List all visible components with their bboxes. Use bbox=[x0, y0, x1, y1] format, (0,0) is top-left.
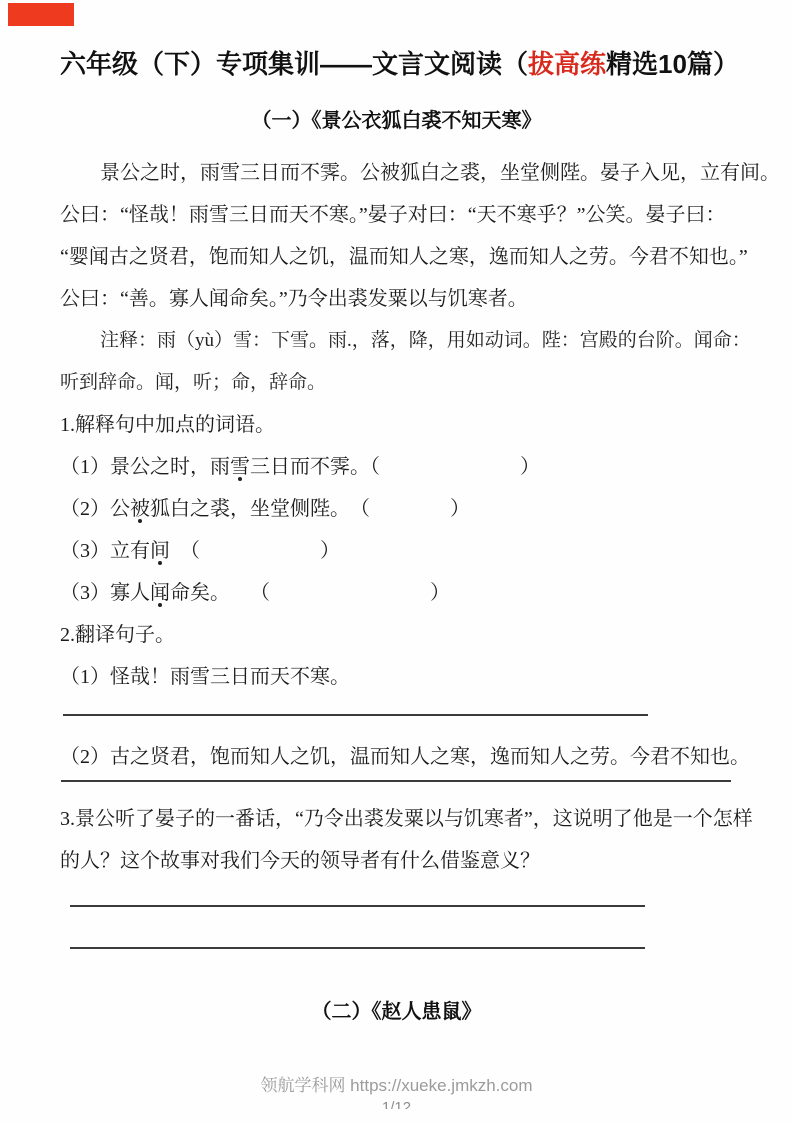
question-1: 1.解释句中加点的词语。 （1）景公之时，雨雪三日而不霁。（ ） （2）公被狐白… bbox=[60, 404, 733, 614]
item-text: 狐白之裘，坐堂侧陛。 （ ） bbox=[150, 498, 470, 520]
item-text: （1）景公之时，雨 bbox=[60, 456, 230, 478]
notes-line: 注释：雨（yù）雪：下雪。雨.，落，降，用如动词。陛：宫殿的台阶。闻命： bbox=[60, 320, 733, 362]
emphasis-dot-char: 被 bbox=[130, 498, 150, 520]
title-highlight: 拔高练 bbox=[528, 49, 606, 79]
question-2: 2.翻译句子。 （1）怪哉！雨雪三日而天不寒。 （2）古之贤君，饱而知人之饥，温… bbox=[60, 614, 733, 782]
doc-title-pre: 六年级（下）专项集训——文言文阅读（ bbox=[60, 49, 528, 79]
notes-line: 听到辞命。闻，听；命，辞命。 bbox=[60, 362, 733, 404]
item-text: （2）公 bbox=[60, 498, 130, 520]
question-3: 3.景公听了晏子的一番话，“乃令出裘发粟以与饥寒者”，这说明了他是一个怎样 的人… bbox=[60, 798, 733, 949]
answer-blank-line bbox=[70, 905, 645, 907]
document-page: 六年级（下）专项集训——文言文阅读（拔高练精选10篇） （一）《景公衣狐白裘不知… bbox=[0, 0, 793, 1122]
answer-blank-line bbox=[70, 947, 645, 949]
doc-title-post: 精选10篇） bbox=[606, 49, 739, 79]
question-1-item: （3）立有间 （ ） bbox=[60, 530, 733, 572]
passage-notes: 注释：雨（yù）雪：下雪。雨.，落，降，用如动词。陛：宫殿的台阶。闻命： 听到辞… bbox=[60, 320, 733, 404]
section-1-heading: （一）《景公衣狐白裘不知天寒》 bbox=[60, 106, 733, 136]
corner-red-block bbox=[8, 3, 74, 26]
item-text: （3）立有 bbox=[60, 540, 150, 562]
passage-line: 景公之时，雨雪三日而不霁。公被狐白之裘，坐堂侧陛。晏子入见，立有间。 bbox=[60, 152, 733, 194]
question-3-line-1: 3.景公听了晏子的一番话，“乃令出裘发粟以与饥寒者”，这说明了他是一个怎样 bbox=[60, 798, 733, 840]
page-content: 六年级（下）专项集训——文言文阅读（拔高练精选10篇） （一）《景公衣狐白裘不知… bbox=[0, 46, 793, 1109]
passage: 景公之时，雨雪三日而不霁。公被狐白之裘，坐堂侧陛。晏子入见，立有间。 公曰：“怪… bbox=[60, 152, 733, 320]
emphasis-dot-char: 闻 bbox=[150, 582, 170, 604]
item-text: （ ） bbox=[170, 540, 340, 562]
question-3-line-2: 的人？这个故事对我们今天的领导者有什么借鉴意义？ bbox=[60, 840, 733, 882]
passage-line: “婴闻古之贤君，饱而知人之饥，温而知人之寒，逸而知人之劳。今君不知也。” bbox=[60, 236, 733, 278]
question-1-label: 1.解释句中加点的词语。 bbox=[60, 404, 733, 446]
answer-blank-line bbox=[63, 714, 648, 716]
question-1-item: （2）公被狐白之裘，坐堂侧陛。 （ ） bbox=[60, 488, 733, 530]
question-1-item: （3）寡人闻命矣。 （ ） bbox=[60, 572, 733, 614]
question-2-label: 2.翻译句子。 bbox=[60, 614, 733, 656]
doc-title: 六年级（下）专项集训——文言文阅读（拔高练精选10篇） bbox=[60, 46, 733, 82]
item-text: 三日而不霁。（ ） bbox=[250, 456, 540, 478]
passage-line: 公曰：“善。寡人闻命矣。”乃令出裘发粟以与饥寒者。 bbox=[60, 278, 733, 320]
footer-site-text: 领航学科网 https://xueke.jmkzh.com bbox=[60, 1075, 733, 1097]
passage-line: 公曰：“怪哉！雨雪三日而天不寒。”晏子对曰：“天不寒乎？”公笑。晏子曰： bbox=[60, 194, 733, 236]
emphasis-dot-char: 雪 bbox=[230, 456, 250, 478]
question-2-item-1: （1）怪哉！雨雪三日而天不寒。 bbox=[60, 656, 733, 698]
answer-blank-line bbox=[61, 780, 731, 782]
question-1-item: （1）景公之时，雨雪三日而不霁。（ ） bbox=[60, 446, 733, 488]
item-text: 命矣。 （ ） bbox=[170, 582, 450, 604]
emphasis-dot-char: 间 bbox=[150, 540, 170, 562]
section-2-heading: （二）《赵人患鼠》 bbox=[60, 997, 733, 1027]
page-number: 1/12 bbox=[60, 1099, 733, 1109]
item-text: （3）寡人 bbox=[60, 582, 150, 604]
question-2-item-2: （2）古之贤君，饱而知人之饥，温而知人之寒，逸而知人之劳。今君不知也。 bbox=[60, 736, 733, 778]
